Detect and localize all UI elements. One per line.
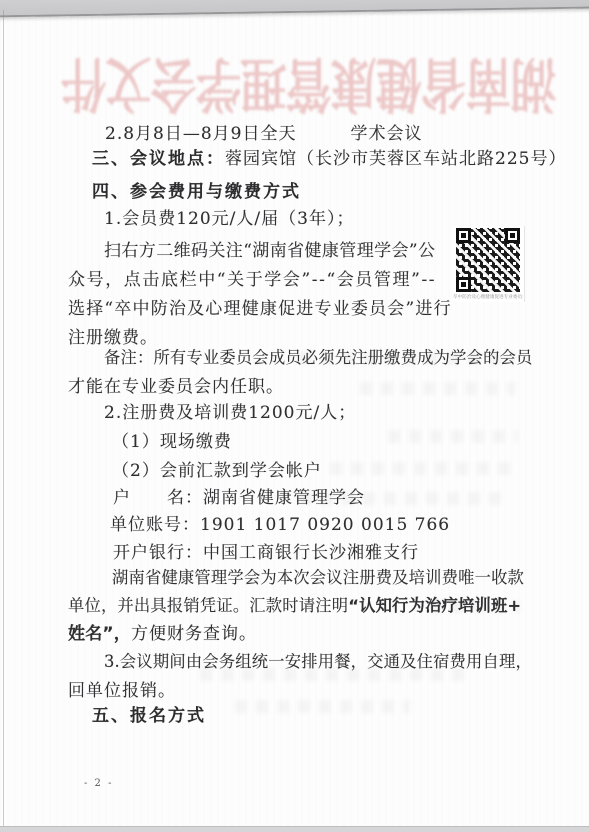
fee-item-registration: 2.注册费及培训费1200元/人； [104,398,356,423]
qr-finder-icon [505,228,520,243]
remit-line2-bold: “认知行为治疗培训班+ [348,596,521,615]
note-line1: 备注：所有专业委员会成员必须先注册缴费成为学会的会员 [104,344,533,368]
bank-line: 开户银行：中国工商银行长沙湘雅支行 [113,538,419,563]
bleed-smudge [330,462,515,475]
meals-line1: 3.会议期间由会务组统一安排用餐，交通及住宿费用自理， [104,648,532,672]
meals-line2: 回单位报销。 [68,676,176,701]
page-number: - 2 - [84,778,113,789]
bleed-smudge [360,382,515,395]
qr-paragraph-line1: 扫右方二维码关注“湖南省健康管理学会”公 [104,236,435,261]
section-venue-heading: 三、会议地点： [92,149,225,169]
qr-finder-icon [456,277,471,292]
scanner-bottom-edge [0,826,589,832]
section-venue-value: 蓉园宾馆（长沙市芙蓉区车站北路225号） [225,149,566,169]
qr-code-image [456,228,520,292]
qr-caption: 卒中防治及心理健康促进专业委员会 [453,293,523,299]
bleed-smudge [235,700,410,713]
account-number-line: 单位账号：1901 1017 0920 0015 766 [110,510,450,535]
qr-finder-icon [456,228,471,243]
scanned-document-page: { "page": { "number": "- 2 -", "bleed_ti… [0,0,589,832]
bleed-smudge [388,430,518,443]
remit-line3: 姓名”，方便财务查询。 [68,619,257,644]
section-venue-line: 三、会议地点：蓉园宾馆（长沙市芙蓉区车站北路225号） [92,144,566,169]
page-left-edge-line [3,10,4,826]
qr-paragraph-line3: 选择“卒中防治及心理健康促进专业委员会”进行 [68,294,452,319]
pay-option-remit: （2）会前汇款到学会帐户 [112,456,322,481]
qr-paragraph-line2: 众号，点击底栏中“关于学会”--“会员管理”-- [68,265,436,290]
agenda-date-line: 2.8月8日—8月9日全天 学术会议 [105,119,422,144]
remit-line2: 单位，并出具报销凭证。汇款时请注明“认知行为治疗培训班+ [68,592,521,616]
remit-line2-normal: 单位，并出具报销凭证。汇款时请注明 [68,596,348,615]
remit-line1: 湖南省健康管理学会为本次会议注册费及培训费唯一收款 [112,564,524,588]
note-line2: 才能在专业委员会内任职。 [68,372,284,397]
section-fees-heading: 四、参会费用与缴费方式 [92,177,301,202]
section-signup-heading: 五、报名方式 [92,701,206,726]
pay-option-onsite: （1）现场缴费 [112,427,232,452]
paper-sheet: 湖南省健康管理学会文件 2.8月8日—8月9日全天 学术会议 三、会议地点：蓉园… [0,0,589,826]
fee-item-membership: 1.会员费120元/人/届（3年）； [104,204,354,229]
remit-line3-bold: 姓名”， [68,624,131,644]
remit-line3-normal: 方便财务查询。 [131,624,257,644]
qr-code-block [452,226,525,302]
account-name-line: 户 名：湖南省健康管理学会 [113,483,365,508]
